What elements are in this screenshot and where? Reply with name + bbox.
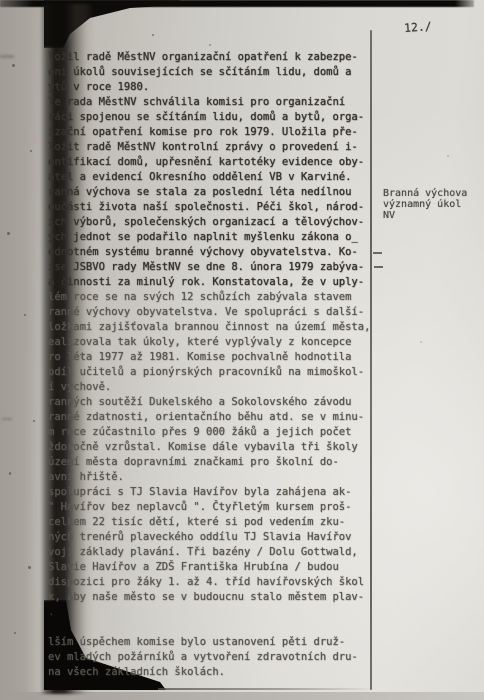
margin-note: Branná výchovavýznamný úkolNV [383, 188, 478, 221]
body-text-line: k, aby naše město se v budoucnu stalo mě… [48, 590, 378, 605]
body-text-line: ých jednot se podařilo naplnit myšlenku … [48, 230, 378, 245]
ink-speck [9, 472, 11, 475]
body-text-line: ení úkolů souvisejících se sčítáním lidu… [48, 65, 378, 80]
body-text-line: lém roce se na svých 12 schůzích zabýval… [48, 290, 378, 305]
body-text-line: odíl učitelů a pionýrských pracovníků na… [48, 365, 378, 380]
page-bottom-edge [158, 688, 376, 690]
body-text-line: ných trenérů plaveckého oddílu TJ Slavia… [48, 530, 378, 545]
body-text-line: avní hřiště. [48, 470, 378, 485]
body-text-line: entifikací domů, upřesnění kartotéky evi… [48, 155, 378, 170]
body-text-line: ednotném systému branné výchovy obyvatel… [48, 245, 378, 260]
body-text-line: í výchově. [48, 380, 378, 395]
body-text-line: atel a evidencí Okresního oddělení VB v … [48, 170, 378, 185]
ink-speck [24, 314, 26, 316]
body-text-line: ráci spojenou se sčítáním lidu, domů a b… [48, 110, 378, 125]
body-text-line: le rada MěstNV schválila komisi pro orga… [48, 95, 378, 110]
body-text-line: ise JSBVO rady MěstNV se dne 8. února 19… [48, 260, 378, 275]
ink-speck [420, 341, 422, 343]
body-text-line: ev mladých požárníků a vytvoření zdravot… [48, 650, 378, 665]
body-text-line: spolupráci s TJ Slavia Havířov byla zahá… [48, 485, 378, 500]
body-text-line: ložil radě MěstNV organizační opatření k… [48, 50, 378, 65]
body-text-line: ranných soutěží Dukelského a Sokolovskéh… [48, 395, 378, 410]
ink-speck [30, 150, 32, 152]
body-text-line: ích výborů, společenských organizací a t… [48, 215, 378, 230]
document-scan: 12./ Branná výchovavýznamný úkolNV ložil… [0, 0, 484, 700]
body-text-line: ranná výchova se stala za poslední léta … [48, 185, 378, 200]
body-text-line: ložit radě MěstNV kontrolní zprávy o pro… [48, 140, 378, 155]
page-number: 12./ [404, 19, 433, 35]
body-text-line: celkem 22 tisíc dětí, které si pod veden… [48, 515, 378, 530]
body-text-line: izační opatření komise pro rok 1979. Ulo… [48, 125, 378, 140]
body-text-line: voji základy plavání. Tři bazény / Dolu … [48, 545, 378, 560]
body-text-line: ealizovala tak úkoly, které vyplývaly z … [48, 335, 378, 350]
body-text-line: lším úspěchem komise bylo ustanovení pět… [48, 635, 378, 650]
body-text-line: Slavie Havířov a ZDŠ Františka Hrubína /… [48, 560, 378, 575]
ink-speck [12, 64, 15, 67]
body-text-line: . [48, 605, 378, 620]
ink-speck [14, 632, 16, 634]
body-text-line: " Havířov bez neplavců ". Čtyřletým kurs… [48, 500, 378, 515]
margin-note-line: NV [383, 210, 478, 221]
ink-speck [447, 155, 449, 157]
scanner-left-margin [0, 0, 44, 700]
ink-speck [7, 232, 10, 235]
margin-note-line: významný úkol [383, 199, 478, 210]
body-text-line: ro léta 1977 až 1981. Komise pochvalně h… [48, 350, 378, 365]
body-text-line: dispozici pro žáky 1. až 4. tříd havířov… [48, 575, 378, 590]
ink-speck [152, 34, 154, 36]
body-text-line: ytů v roce 1980. [48, 80, 378, 95]
body-text-line: m roce zúčastnilo přes 9 000 žáků a jeji… [48, 425, 378, 440]
body-text-line: na všech základních školách. [48, 665, 378, 680]
body-text-line: ranné zdatnosti, orientačního běhu atd. … [48, 410, 378, 425]
body-text-line: oučásti života naší společnosti. Péči šk… [48, 200, 378, 215]
margin-note-line: Branná výchova [383, 188, 478, 199]
body-text-line: ranné výchovy obyvatelstva. Ve spoluprác… [48, 305, 378, 320]
scan-smudge [2, 418, 12, 420]
body-text-line: a činnosti za minulý rok. Konstatovala, … [48, 275, 378, 290]
body-text-line: území města dopravními značkami pro škol… [48, 455, 378, 470]
body-text-line [48, 620, 378, 635]
scan-smudge [0, 55, 14, 58]
body-text: ložil radě MěstNV organizační opatření k… [48, 50, 378, 680]
body-text-line: ložkami zajišťovala brannou činnost na ú… [48, 320, 378, 335]
ink-speck [28, 566, 31, 569]
ink-speck [33, 420, 35, 422]
body-text-line: ždoročně vzrůstal. Komise dále vybavila … [48, 440, 378, 455]
ink-speck [209, 44, 211, 46]
